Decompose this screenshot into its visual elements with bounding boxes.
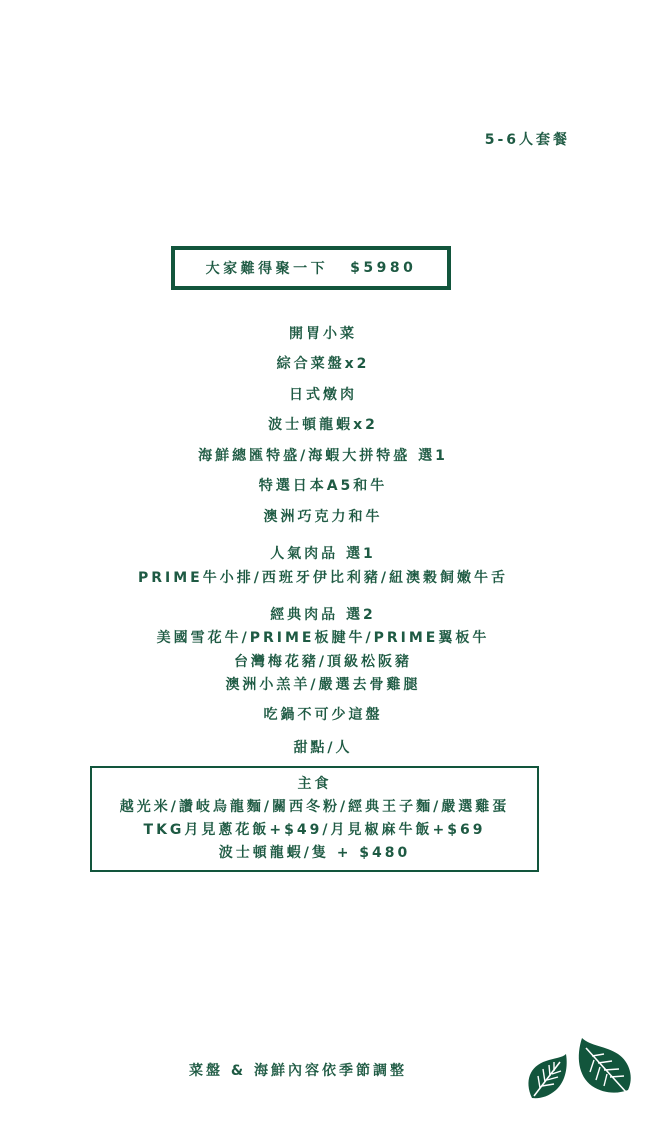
seasonal-note: 菜盤 & 海鮮內容依季節調整 xyxy=(0,1060,596,1080)
leaves-icon xyxy=(524,1036,636,1102)
menu-item: 開胃小菜 xyxy=(0,323,646,343)
set-title: 大家難得聚一下 xyxy=(206,258,329,278)
menu-item: 波士頓龍蝦x2 xyxy=(0,414,646,434)
set-price: $5980 xyxy=(350,260,416,276)
menu-page: 5-6人套餐 大家難得聚一下 $5980 開胃小菜 綜合菜盤x2 日式燉肉 波士… xyxy=(0,0,646,1122)
small-leaf-icon xyxy=(528,1054,566,1098)
menu-item: 特選日本A5和牛 xyxy=(0,475,646,495)
staple-line: 波士頓龍蝦/隻 + $480 xyxy=(219,844,411,863)
classic-meat-line: 台灣梅花豬/頂級松阪豬 xyxy=(0,651,646,671)
menu-item: 海鮮總匯特盛/海蝦大拼特盛 選1 xyxy=(0,445,646,465)
large-leaf-icon xyxy=(579,1038,631,1093)
set-size-label: 5-6人套餐 xyxy=(485,129,570,149)
classic-meat-heading: 經典肉品 選2 xyxy=(0,604,646,624)
staple-line: TKG月見蔥花飯+$49/月見椒麻牛飯+$69 xyxy=(144,821,486,840)
staple-heading: 主食 xyxy=(298,775,332,794)
classic-meat-line: 美國雪花牛/PRIME板腱牛/PRIME翼板牛 xyxy=(0,627,646,647)
staple-line: 越光米/讚岐烏龍麵/關西冬粉/經典王子麵/嚴選雞蛋 xyxy=(120,798,509,817)
staple-box: 主食 越光米/讚岐烏龍麵/關西冬粉/經典王子麵/嚴選雞蛋 TKG月見蔥花飯+$4… xyxy=(90,766,539,872)
menu-item: 日式燉肉 xyxy=(0,384,646,404)
must-have-plate: 吃鍋不可少這盤 xyxy=(0,704,646,724)
menu-item: 澳洲巧克力和牛 xyxy=(0,506,646,526)
classic-meat-line: 澳洲小羔羊/嚴選去骨雞腿 xyxy=(0,674,646,694)
popular-meat-heading: 人氣肉品 選1 xyxy=(0,543,646,563)
menu-item: 綜合菜盤x2 xyxy=(0,353,646,373)
set-title-box: 大家難得聚一下 $5980 xyxy=(171,246,451,290)
popular-meat-options: PRIME牛小排/西班牙伊比利豬/紐澳穀飼嫩牛舌 xyxy=(0,567,646,587)
dessert-item: 甜點/人 xyxy=(0,737,646,757)
